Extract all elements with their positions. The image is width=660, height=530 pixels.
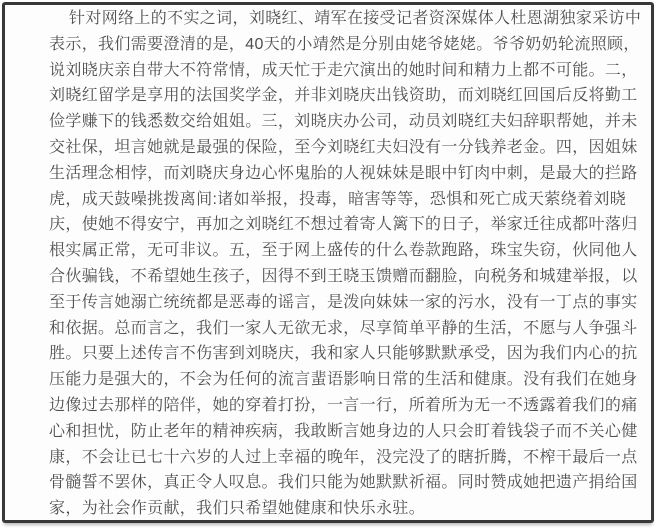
text-line: 针对网络上的不实之词，刘晓红、靖军在接受记者资深媒体人杜恩湖独家采访中 [49,6,629,32]
text-line: 压能力是强大的，不会为任何的流言蜚语影响日常的生活和健康。没有我们在她身 [49,367,629,393]
text-line: 心和担忧，防止老年的精神疾病，我敢断言她身边的人只会盯着钱袋子而不关心健 [49,419,629,445]
text-line: 说刘晓庆亲自带大不符常情，成天忙于走穴演出的她时间和精力上都不可能。二， [49,58,629,84]
text-line: 和依据。总而言之，我们一家人无欲无求，尽享简单平静的生活，不愿与人争强斗 [49,316,629,342]
text-line: 庆，使她不得安宁，再加之刘晓红不想过着寄人篱下的日子，举家迁往成都叶落归 [49,212,629,238]
text-line: 表示，我们需要澄清的是，40天的小靖然是分别由姥爷姥姥。爷爷奶奶轮流照顾， [49,32,629,58]
text-line: 合伙骗钱，不希望她生孩子，因得不到王晓玉馈赠而翻脸，向税务和城建举报，以 [49,264,629,290]
text-line: 至于传言她溺亡统统都是恶毒的谣言，是泼向妹妹一家的污水，没有一丁点的事实 [49,290,629,316]
statement-text: 针对网络上的不实之词，刘晓红、靖军在接受记者资深媒体人杜恩湖独家采访中表示，我们… [5,5,651,522]
document-frame: 针对网络上的不实之词，刘晓红、靖军在接受记者资深媒体人杜恩湖独家采访中表示，我们… [2,2,654,523]
text-line: 根实属正常，无可非议。五，至于网上盛传的什么卷款跑路，珠宝失窃，伙同他人 [49,238,629,264]
text-line: 虎，成天鼓噪挑拨离间:诸如举报，投毒，暗害等等，恐惧和死亡成天萦绕着刘晓 [49,187,629,213]
text-line: 胜。只要上述传言不伤害到刘晓庆，我和家人只能够默默承受，因为我们内心的抗 [49,341,629,367]
text-line: 骨髓誓不罢休，真正令人叹息。我们只能为她默默祈福。同时赞成她把遗产捐给国 [49,470,629,496]
text-line: 康，不会让已七十六岁的人过上幸福的晚年，没完没了的瞎折腾，不榨干最后一点 [49,445,629,471]
text-line: 刘晓红留学是享用的法国奖学金，并非刘晓庆出钱资助，而刘晓红回国后反将勤工 [49,83,629,109]
text-line: 俭学赚下的钱悉数交给姐姐。三，刘晓庆办公司，动员刘晓红夫妇辞职帮她，并未 [49,109,629,135]
text-line: 生活理念相悖，而刘晓庆身边心怀鬼胎的人视妹妹是眼中钉肉中刺，是最大的拦路 [49,161,629,187]
text-line: 家，为社会作贡献，我们只希望她健康和快乐永驻。 [49,496,629,522]
text-line: 交社保，坦言她就是最强的保险，至今刘晓红夫妇没有一分钱养老金。四，因姐妹 [49,135,629,161]
text-line: 边像过去那样的陪伴，她的穿着打扮，一言一行，所着所为无一不透露着我们的痛 [49,393,629,419]
